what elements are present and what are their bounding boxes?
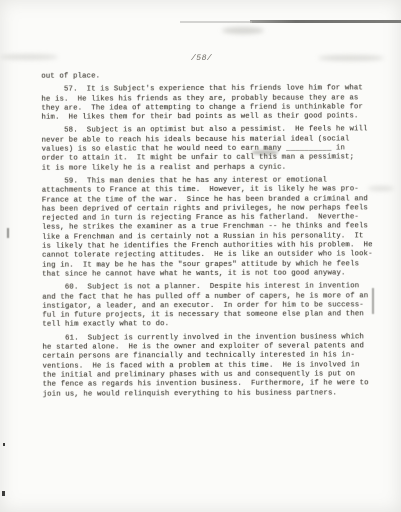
pencil-smudge [318,55,384,61]
paragraph-57: 57. It is Subject's experience that his … [41,85,373,124]
document-body: out of place. 57. It is Subject's experi… [41,71,374,403]
paragraph-59: 59. This man denies that he has any inte… [42,176,374,280]
scan-edge-band [250,20,401,23]
paragraph-continuation: out of place. [41,71,373,82]
pencil-smudge [222,27,264,34]
paragraph-58: 58. Subject is an optimist but also a pe… [42,126,374,174]
margin-tick-mark [7,228,9,238]
page-number: /58/ [191,54,212,63]
paragraph-60: 60. Subject is not a planner. Despite hi… [42,283,374,331]
scan-speck [2,491,5,496]
scanned-document-page: /58/ out of place. 57. It is Subject's e… [0,0,401,512]
scan-edge-band-faint [180,21,252,23]
scan-speck [3,443,5,446]
paragraph-61: 61. Subject is currently involved in the… [42,333,374,400]
pencil-smudge [0,54,58,60]
